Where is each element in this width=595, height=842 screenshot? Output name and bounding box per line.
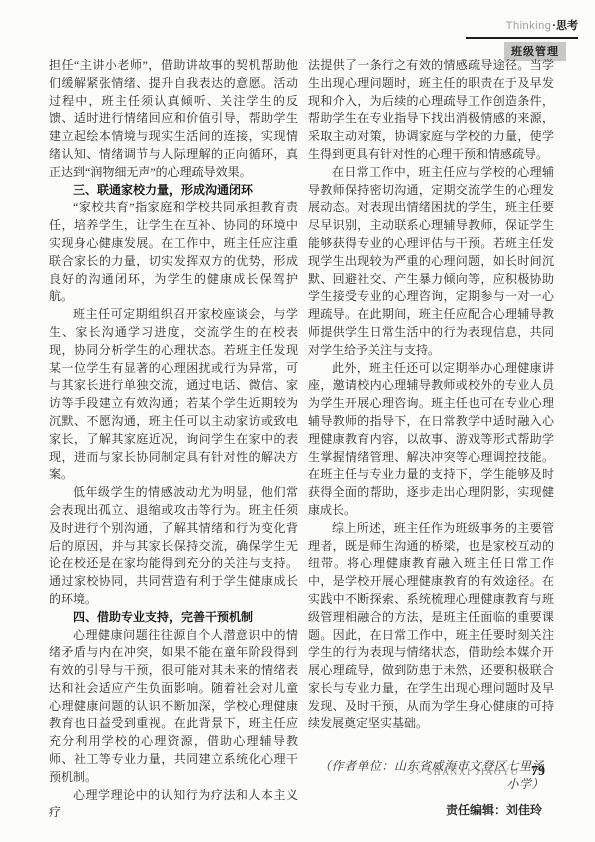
page-footer: >> SHANXI JIAOYU79 [409,762,545,780]
section-title-en: Thinking [506,20,552,32]
paragraph-continuation: 法提供了一条行之有效的情感疏导途径。当学生出现心理问题时，班主任的职责在于及早发… [308,57,554,164]
section-heading-three: 三、联通家校力量，形成沟通闭环 [49,182,298,200]
section-heading-four: 四、借助专业支持，完善干预机制 [49,609,298,627]
section-title: Thinking·思考 [466,20,578,33]
article-body: 担任“主讲小老师”，借助讲故事的契机帮助他们缓解紧张情绪、提升自我表达的意愿。活… [49,57,554,822]
paragraph: 在日常工作中，班主任应与学校的心理辅导教师保持密切沟通，定期交流学生的心理发展动… [308,164,554,360]
page-header: Thinking·思考 班级管理 [466,20,578,61]
paragraph: 综上所述，班主任作为班级事务的主要管理者，既是师生沟通的桥梁，也是家校互动的纽带… [308,520,554,734]
paragraph: 心理健康问题往往源自个人潜意识中的情绪矛盾与内在冲突，如果不能在童年阶段得到有效… [49,627,298,787]
page-number: 79 [531,764,545,779]
header-rule [466,37,578,39]
section-title-cn: ·思考 [552,20,578,32]
column-right: 法提供了一条行之有效的情感疏导途径。当学生出现心理问题时，班主任的职责在于及早发… [308,57,554,822]
paragraph: 班主任可定期组织召开家校座谈会，与学生、家长沟通学习进度，交流学生的在校表现，协… [49,306,298,484]
magazine-page: Thinking·思考 班级管理 担任“主讲小老师”，借助讲故事的契机帮助他们缓… [0,0,595,842]
journal-name: >> SHANXI JIAOYU [409,768,519,778]
column-left: 担任“主讲小老师”，借助讲故事的契机帮助他们缓解紧张情绪、提升自我表达的意愿。活… [49,57,298,822]
paragraph: 心理学理论中的认知行为疗法和人本主义疗 [49,787,298,823]
paragraph: “家校共育”指家庭和学校共同承担教育责任，培养学生，让学生在互补、协同的环境中实… [49,199,298,306]
paragraph-continuation: 担任“主讲小老师”，借助讲故事的契机帮助他们缓解紧张情绪、提升自我表达的意愿。活… [49,57,298,182]
paragraph: 此外，班主任还可以定期举办心理健康讲座，邀请校内心理辅导教师或校外的专业人员为学… [308,360,554,520]
paragraph: 低年级学生的情感波动尤为明显，他们常会表现出孤立、退缩或攻击等行为。班主任须及时… [49,484,298,609]
responsible-editor: 责任编辑：刘佳玲 [308,802,554,820]
